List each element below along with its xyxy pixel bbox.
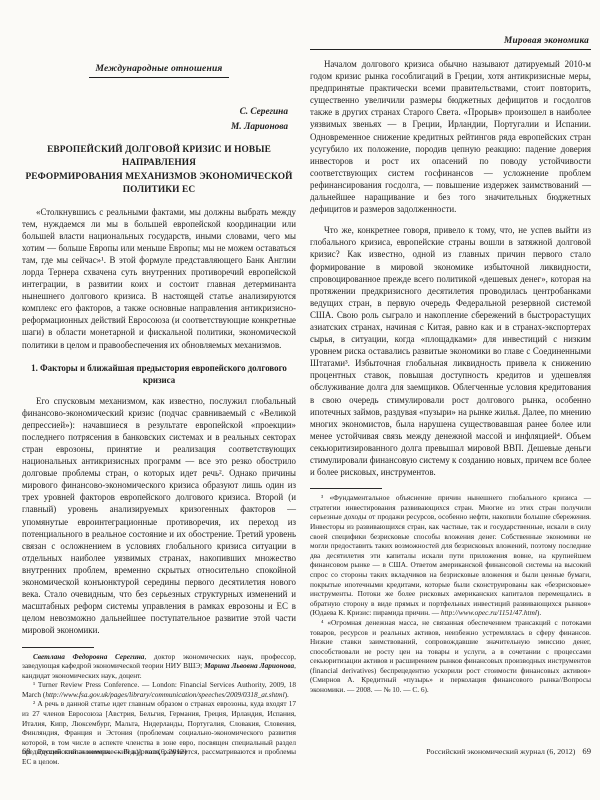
author-name-2: М. Ларионова <box>22 120 288 135</box>
left-page-number: 68 <box>22 746 31 756</box>
article-title: ЕВРОПЕЙСКИЙ ДОЛГОВОЙ КРИЗИС И НОВЫЕ НАПР… <box>22 144 296 198</box>
journal-title-footer-left: Российский экономический журнал (6, 2012… <box>38 747 187 756</box>
footnote-2: ² А речь в данной статье идет главным об… <box>22 699 296 766</box>
right-page-number: 69 <box>582 746 591 756</box>
authors-block: С. Серегина М. Ларионова <box>22 105 296 135</box>
right-page: Мировая экономика Началом долгового криз… <box>310 0 591 800</box>
journal-title-footer-right: Российский экономический журнал (6, 2012… <box>426 747 575 756</box>
footnote-3: ³ «Фундаментальное объяснение причин нын… <box>310 493 591 618</box>
author-name-1: С. Серегина <box>22 105 288 120</box>
right-paragraph-1: Началом долгового кризиса обычно называю… <box>310 58 591 215</box>
intro-paragraph: «Столкнувшись с реальными фактами, мы до… <box>22 206 296 351</box>
left-page-footer: 68Российский экономический журнал (6, 20… <box>22 746 296 756</box>
rubric-label: Международные отношения <box>89 64 228 78</box>
footnote-1: ¹ Turner Review Press Conference. — Lond… <box>22 680 296 699</box>
footnote-3-end: ). <box>537 608 541 617</box>
rubric-header-left: Международные отношения <box>22 58 296 78</box>
footnote-separator-right <box>310 488 382 489</box>
rubric-header-right: Мировая экономика <box>310 36 591 46</box>
header-rule <box>310 49 591 50</box>
footnote-separator-left <box>22 647 94 648</box>
footnote-3-url: http://www.opec.ru/1151/47.html <box>441 608 537 617</box>
footnote-1-end: ). <box>285 690 289 699</box>
body-paragraph: Его спусковым механизмом, как известно, … <box>22 395 296 637</box>
bio-author-1: Светлана Федоровна Серегина <box>33 652 144 661</box>
footnote-4: ⁴ «Огромная денежная масса, не связанная… <box>310 618 591 695</box>
bio-author-2: Марина Львовна Ларионова <box>204 661 294 670</box>
article-title-line-1: ЕВРОПЕЙСКИЙ ДОЛГОВОЙ КРИЗИС И НОВЫЕ НАПР… <box>22 144 296 171</box>
footnote-1-url: http://www.fsa.gov.uk/pages/library/comm… <box>45 690 284 699</box>
left-page: Международные отношения С. Серегина М. Л… <box>22 0 296 800</box>
journal-spread: Международные отношения С. Серегина М. Л… <box>0 0 600 800</box>
authors-bio-footnote: Светлана Федоровна Серегина, доктор экон… <box>22 652 296 681</box>
right-paragraph-2: Что же, конкретнее говоря, привело к том… <box>310 224 591 478</box>
section-heading: 1. Факторы и ближайшая предыстория европ… <box>22 362 296 386</box>
footnote-3-text: ³ «Фундаментальное объяснение причин нын… <box>310 493 591 617</box>
article-title-line-2: РЕФОРМИРОВАНИЯ МЕХАНИЗМОВ ЭКОНОМИЧЕСКОЙ … <box>22 171 296 198</box>
right-page-footer: Российский экономический журнал (6, 2012… <box>310 746 591 756</box>
